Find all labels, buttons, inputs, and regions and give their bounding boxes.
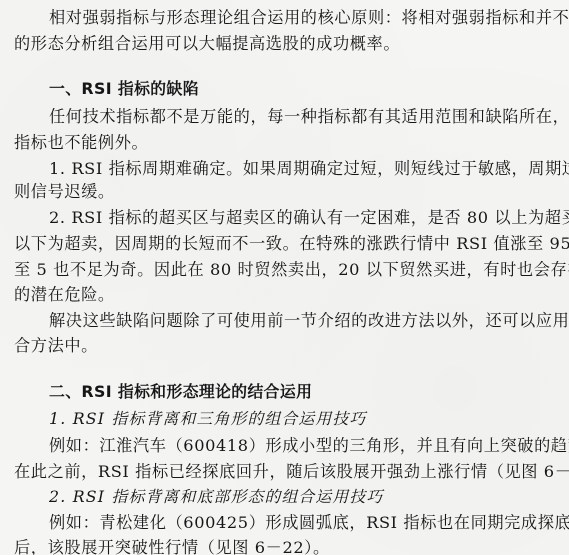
example-2-line-2: 后，该股展开突破性行情（见图 6－22）。 [14,537,554,555]
example-2-line-1: 例如：青松建化（600425）形成圆弧底，RSI 指标也在同期完成探底，随 [49,512,554,534]
item-2-line-2: 以下为超卖，因周期的长短而不一致。在特殊的涨跌行情中 RSI 值涨至 95 或跌 [14,233,554,255]
example-1-line-1: 例如：江淮汽车（600418）形成小型的三角形，并且有向上突破的趋势，而 [49,435,554,457]
example-1-line-2: 在此之前，RSI 指标已经探底回升，随后该股展开强劲上涨行情（见图 6－21）。 [14,461,554,483]
section-1-heading: 一、RSI 指标的缺陷 [49,78,199,100]
section-1-para-2-line-2: 合方法中。 [14,335,554,357]
intro-line-2: 的形态分析组合运用可以大幅提高选股的成功概率。 [14,33,554,55]
intro-line-1: 相对强弱指标与形态理论组合运用的核心原则：将相对强弱指标和并不完善 [49,7,554,29]
item-2-line-4: 的潜在危险。 [14,284,554,306]
item-1-line-2: 则信号迟缓。 [14,181,554,203]
item-1-line-1: 1. RSI 指标周期难确定。如果周期确定过短，则短线过于敏感，周期过长 [49,158,554,180]
section-1-para-2-line-1: 解决这些缺陷问题除了可使用前一节介绍的改进方法以外，还可以应用到组 [49,310,554,332]
section-1-para-1-line-1: 任何技术指标都不是万能的，每一种指标都有其适用范围和缺陷所在，RSI [49,106,554,128]
section-2-heading: 二、RSI 指标和形态理论的结合运用 [49,381,312,403]
item-2-line-3: 至 5 也不足为奇。因此在 80 时贸然卖出，20 以下贸然买进，有时也会存在失… [14,259,554,281]
subsection-2-title: 2. RSI 指标背离和底部形态的组合运用技巧 [49,486,383,508]
subsection-1-title: 1. RSI 指标背离和三角形的组合运用技巧 [49,408,366,430]
item-2-line-1: 2. RSI 指标的超买区与超卖区的确认有一定困难，是否 80 以上为超买，20 [49,207,554,229]
section-1-para-1-line-2: 指标也不能例外。 [14,132,554,154]
document-page: 相对强弱指标与形态理论组合运用的核心原则：将相对强弱指标和并不完善 的形态分析组… [0,0,569,555]
